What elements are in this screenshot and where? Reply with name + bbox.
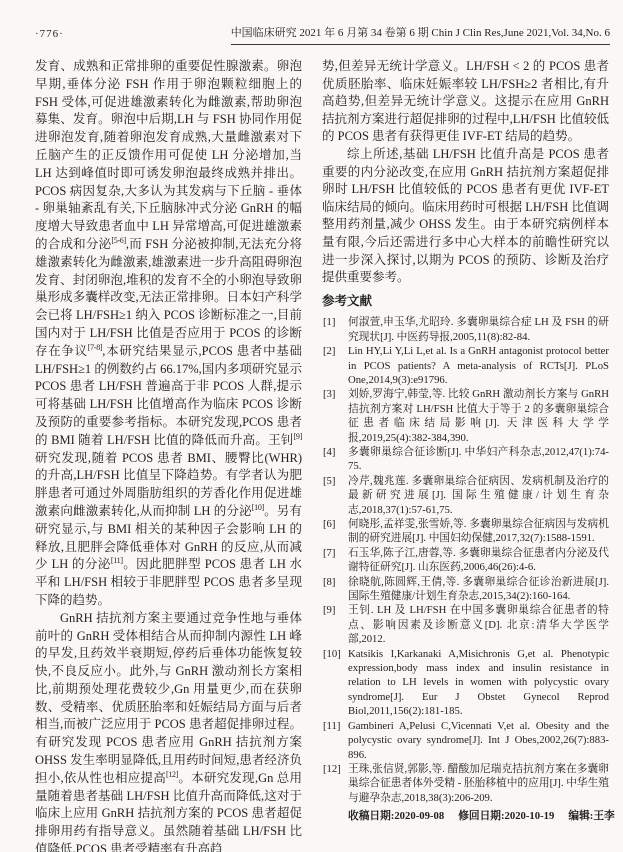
body-paragraph: 发育、成熟和正常排卵的重要促性腺激素。卵泡早期,垂体分泌 FSH 作用于卵泡颗粒…	[35, 58, 302, 610]
body-paragraph: 势,但差异无统计学意义。LH/FSH < 2 的 PCOS 患者优质胚胎率、临床…	[322, 58, 609, 146]
references-heading: 参考文献	[322, 293, 609, 311]
received-date-label: 收稿日期:	[348, 810, 394, 822]
reference-item: [5]冷芹,魏兆莲. 多囊卵巢综合征病因、发病机制及治疗的最新研究进展[J]. …	[322, 474, 609, 517]
reference-text: 何晓彤,孟祥雯,张雪娇,等. 多囊卵巢综合征病因与发病机制的研究进展[J]. 中…	[348, 517, 609, 546]
reference-item: [1]何淑萱,申玉华,尤昭玲. 多囊卵巢综合症 LH 及 FSH 的研究现状[J…	[322, 315, 609, 344]
page-number: ·776·	[35, 27, 64, 45]
body-text: ,而 FSH 分泌被抑制,无法充分将雄激素转化为雌激素,雄激素进一步升高阻碍卵泡…	[35, 237, 302, 358]
right-column: 势,但差异无统计学意义。LH/FSH < 2 的 PCOS 患者优质胚胎率、临床…	[322, 58, 609, 852]
citation-marker: [10]	[252, 503, 264, 512]
reference-item: [2]Lin HY,Li Y,Li L,et al. Is a GnRH ant…	[322, 344, 609, 387]
reference-label: [5]	[322, 474, 348, 517]
reference-list: [1]何淑萱,申玉华,尤昭玲. 多囊卵巢综合症 LH 及 FSH 的研究现状[J…	[322, 315, 609, 805]
reference-text: 石玉华,陈子江,唐蓉,等. 多囊卵巢综合征患者内分泌及代谢特征研究[J]. 山东…	[348, 546, 609, 575]
citation-marker: [12]	[166, 770, 178, 779]
reference-label: [2]	[322, 344, 348, 387]
reference-label: [10]	[322, 647, 348, 719]
journal-page: ·776· 中国临床研究 2021 年 6 月第 34 卷第 6 期 Chin …	[0, 0, 623, 852]
dates-editor-line: 收稿日期:2020-09-08修回日期:2020-10-19编辑:王李	[322, 808, 609, 826]
reference-item: [8]徐晓航,陈圆辉,王倩,等. 多囊卵巢综合征诊治新进展[J]. 国际生殖健康…	[322, 575, 609, 604]
journal-header-line: 中国临床研究 2021 年 6 月第 34 卷第 6 期 Chin J Clin…	[231, 26, 610, 45]
reference-label: [3]	[322, 387, 348, 445]
reference-item: [3]刘娇,罗海宁,韩莹,等. 比较 GnRH 激动剂长方案与 GnRH 拮抗剂…	[322, 387, 609, 445]
reference-text: 徐晓航,陈圆辉,王倩,等. 多囊卵巢综合征诊治新进展[J]. 国际生殖健康/计划…	[348, 575, 609, 604]
reference-text: 冷芹,魏兆莲. 多囊卵巢综合征病因、发病机制及治疗的最新研究进展[J]. 国际生…	[348, 474, 609, 517]
reference-label: [12]	[322, 762, 348, 805]
citation-marker: [11]	[111, 556, 123, 565]
reference-item: [10]Katsikis I,Karkanaki A,Misichronis G…	[322, 647, 609, 719]
page-header: ·776· 中国临床研究 2021 年 6 月第 34 卷第 6 期 Chin …	[35, 26, 610, 45]
body-text: 发育、成熟和正常排卵的重要促性腺激素。卵泡早期,垂体分泌 FSH 作用于卵泡颗粒…	[35, 59, 302, 251]
reference-text: 王钊. LH 及 LH/FSH 在中国多囊卵巢综合征患者的特点、影响因素及诊断意…	[348, 603, 609, 646]
reference-text: 何淑萱,申玉华,尤昭玲. 多囊卵巢综合症 LH 及 FSH 的研究现状[J]. …	[348, 315, 609, 344]
reference-label: [6]	[322, 517, 348, 546]
received-date: 2020-09-08	[394, 810, 444, 822]
reference-label: [1]	[322, 315, 348, 344]
reference-item: [11]Gambineri A,Pelusi C,Vicennati V,et …	[322, 719, 609, 762]
reference-item: [6]何晓彤,孟祥雯,张雪娇,等. 多囊卵巢综合征病因与发病机制的研究进展[J]…	[322, 517, 609, 546]
reference-text: Gambineri A,Pelusi C,Vicennati V,et al. …	[348, 719, 609, 762]
body-paragraph: GnRH 拮抗剂方案主要通过竞争性地与垂体前叶的 GnRH 受体相结合从而抑制内…	[35, 610, 302, 852]
citation-marker: [7-8]	[88, 343, 103, 352]
reference-label: [7]	[322, 546, 348, 575]
body-text: ,本研究结果显示,PCOS 患者中基础 LH/FSH≥1 的例数约占 66.17…	[35, 344, 302, 447]
reference-text: Katsikis I,Karkanaki A,Misichronis G,et …	[348, 647, 609, 719]
reference-item: [7]石玉华,陈子江,唐蓉,等. 多囊卵巢综合征患者内分泌及代谢特征研究[J].…	[322, 546, 609, 575]
reference-item: [4]多囊卵巢综合征诊断[J]. 中华妇产科杂志,2012,47(1):74-7…	[322, 445, 609, 474]
reference-item: [9]王钊. LH 及 LH/FSH 在中国多囊卵巢综合征患者的特点、影响因素及…	[322, 603, 609, 646]
revised-date: 2020-10-19	[505, 810, 555, 822]
reference-text: 刘娇,罗海宁,韩莹,等. 比较 GnRH 激动剂长方案与 GnRH 拮抗剂方案对…	[348, 387, 609, 445]
citation-marker: [5-6]	[111, 236, 126, 245]
two-column-body: 发育、成熟和正常排卵的重要促性腺激素。卵泡早期,垂体分泌 FSH 作用于卵泡颗粒…	[35, 58, 609, 852]
reference-label: [8]	[322, 575, 348, 604]
body-text: GnRH 拮抗剂方案主要通过竞争性地与垂体前叶的 GnRH 受体相结合从而抑制内…	[35, 611, 302, 785]
reference-text: Lin HY,Li Y,Li L,et al. Is a GnRH antago…	[348, 344, 609, 387]
reference-label: [9]	[322, 603, 348, 646]
left-column: 发育、成熟和正常排卵的重要促性腺激素。卵泡早期,垂体分泌 FSH 作用于卵泡颗粒…	[35, 58, 302, 852]
reference-text: 多囊卵巢综合征诊断[J]. 中华妇产科杂志,2012,47(1):74-75.	[348, 445, 609, 474]
revised-date-label: 修回日期:	[458, 810, 504, 822]
reference-label: [4]	[322, 445, 348, 474]
reference-text: 王珠,张信贤,郭影,等. 醋酸加尼瑞克拮抗剂方案在多囊卵巢综合征患者体外受精 -…	[348, 762, 609, 805]
editor-name: 王李	[593, 810, 614, 822]
reference-item: [12]王珠,张信贤,郭影,等. 醋酸加尼瑞克拮抗剂方案在多囊卵巢综合征患者体外…	[322, 762, 609, 805]
citation-marker: [9]	[294, 432, 302, 441]
editor-label: 编辑:	[568, 810, 593, 822]
body-paragraph: 综上所述,基础 LH/FSH 比值升高是 PCOS 患者重要的内分泌改变,在应用…	[322, 146, 609, 287]
reference-label: [11]	[322, 719, 348, 762]
